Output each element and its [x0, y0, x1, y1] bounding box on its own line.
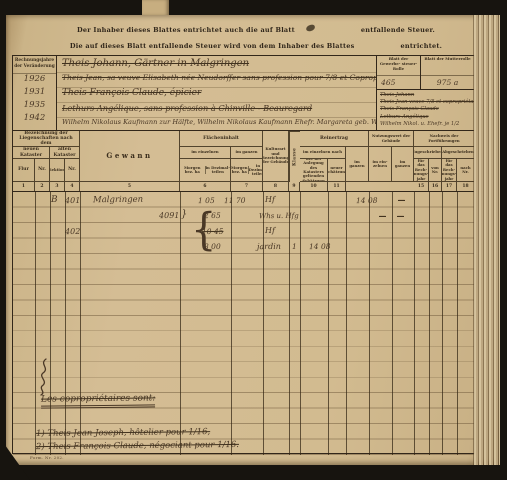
header-im-einzelnen: im einzelnen — [180, 147, 231, 159]
header-nr-alt: Nr. — [65, 159, 80, 182]
printed-line-1-pre: Der Inhaber dieses Blattes entrichtet au… — [77, 26, 295, 34]
entry-sektion: B — [51, 195, 58, 205]
header-reinertrag-ganzen: im ganzen — [346, 147, 369, 182]
printed-line-2-post: entrichtet. — [401, 42, 443, 50]
column-number: 3 — [50, 182, 65, 191]
entry-brace-close: } — [181, 209, 187, 220]
column-number: 4 — [65, 182, 80, 191]
entry-stack-value: 10 45 — [202, 227, 224, 236]
owner-names-area: Theis Johann, Gärtner in Malgringen Thei… — [57, 56, 377, 130]
column-number: 9 — [289, 182, 300, 191]
mutterrolle-label: Blatt der Mutterrolle — [421, 56, 474, 76]
gewerbesteuer-value: 465 — [377, 76, 420, 89]
column-rule-line — [263, 192, 264, 455]
header-morgen: Morgen bez. ha — [231, 166, 249, 174]
gewerbesteuer-box: Blatt der Gewerbe- steuer- Rolle 465 — [377, 56, 421, 89]
header-abgeschrieben: Abgeschrieben — [442, 147, 474, 159]
column-rule-line — [65, 192, 66, 455]
column-rule-line — [414, 192, 415, 455]
header-nach-nr: nach Nr. — [457, 159, 474, 182]
gewerbesteuer-label: Blatt der Gewerbe- steuer- Rolle — [377, 56, 420, 76]
blatt-reference-column: Blatt der Gewerbe- steuer- Rolle 465 Bla… — [377, 56, 474, 130]
owner-entry: Wilhelm Nikolaus Kaufmann zur Hälfte, Wi… — [57, 118, 376, 130]
header-rechnungsjahr-ab: für das Rech- nungs- jahr — [442, 159, 457, 182]
header-dezimal: in Dezimal- teilen — [206, 166, 231, 174]
entry-cancel-mark: — — [398, 196, 405, 204]
column-number: 17 — [442, 182, 457, 191]
column-header-row: Bezeichnung der Liegenschaften nach dem … — [13, 131, 474, 192]
header-neue-schaetzung: neuer Schätzung — [328, 159, 346, 182]
column-number: 15 — [414, 182, 429, 191]
column-rule-line — [50, 192, 51, 455]
header-sektion: Sektion — [50, 159, 65, 182]
ledger-body: B 401 Malgringen 1 05 11 70 Hf 14 08 — 4… — [13, 192, 474, 455]
column-rule-line — [392, 192, 393, 455]
column-number: 5 — [80, 182, 180, 191]
header-units-einzeln: Morgen bez. ha in Dezimal- teilen — [180, 159, 231, 182]
year-column: Rechnungsjahre der Veränderung 1926 1931… — [13, 56, 57, 130]
header-im-ganzen: im ganzen — [231, 147, 263, 159]
header-rechnungsjahr-zu: für das Rech- nungs- jahr — [414, 159, 429, 182]
column-number: 6 — [180, 182, 231, 191]
entry-area-ganzen: 11 70 — [224, 196, 246, 205]
column-rule-line — [289, 192, 290, 455]
column-rule-line — [457, 192, 458, 455]
column-number: 16 — [429, 182, 442, 191]
column-rule-line — [35, 192, 36, 455]
header-nutzungswert: Nutzungswert der Gebäude — [369, 131, 414, 147]
column-rule-line — [429, 192, 430, 455]
owner-entry: Theis François Claude, épicier — [57, 88, 376, 103]
entry-cancel-mark: — — [397, 212, 404, 220]
mutterrolle-box: Blatt der Mutterrolle 975 a — [421, 56, 474, 89]
printed-line-2: Die auf dieses Blatt entfallende Steuer … — [46, 42, 466, 50]
header-units-ganzen: Morgen bez. ha in Dezimal- teilen — [231, 159, 263, 182]
right-owner-entry: Theis Johann — [380, 92, 472, 98]
column-number: 8 — [263, 182, 289, 191]
column-number: 1 — [13, 182, 35, 191]
entry-kulturart: Hf — [265, 195, 275, 204]
copro-note-item: 1) Theis Jean Joseph, hôtelier pour 1/16… — [36, 427, 210, 439]
entry-gewann: Malgringen — [93, 195, 143, 206]
right-owner-entry: Wilhelm Nikol. u. Ehefr. je 1/2 — [380, 121, 472, 127]
column-number: 2 — [35, 182, 50, 191]
header-flur: Flur — [13, 159, 35, 182]
year-column-header: Rechnungsjahre der Veränderung — [13, 56, 56, 74]
printed-line-2-pre: Die auf dieses Blatt entfallende Steuer … — [70, 42, 355, 50]
stacked-page-edges — [473, 15, 500, 465]
header-reinertrag: Reinertrag — [300, 131, 369, 147]
entry-reinertrag-ganzen: 14 08 — [356, 196, 378, 205]
entry-stack-value: 8 00 — [204, 242, 221, 251]
owner-entry: Theis Johann, Gärtner in Malgringen — [57, 58, 376, 73]
printed-line-1-post: entfallende Steuer. — [361, 26, 435, 34]
blatt-boxes: Blatt der Gewerbe- steuer- Rolle 465 Bla… — [377, 56, 474, 90]
column-number: 11 — [328, 182, 346, 191]
entry-kulturart: Hf — [265, 226, 275, 235]
owner-entry: Theis Jean, sa veuve Elisabeth née Neudo… — [57, 73, 376, 88]
entry-sub-number: 4091 — [159, 211, 179, 220]
copro-note-item: 2) Theis François Claude, négociant pour… — [36, 440, 239, 452]
header-dezimal: in Dezimal- teilen — [249, 164, 263, 177]
header-von-nr: von Nr. — [429, 159, 442, 182]
header-nutzung-ganzen: im ganzen — [392, 147, 414, 182]
header-flaecheninhalt: Flächeninhalt — [180, 131, 263, 147]
form-number: Form. Nr. 202. — [30, 455, 64, 460]
column-number: 7 — [231, 182, 263, 191]
entry-stack-value: 2 65 — [204, 211, 221, 220]
header-nachweis: Nachweis der Fortführungen — [414, 131, 474, 147]
header-alter-kataster: alten Kataster — [50, 147, 80, 159]
entry-kulturart: jardin — [257, 242, 281, 251]
owner-section: Rechnungsjahre der Veränderung 1926 1931… — [13, 56, 474, 131]
owner-entry: Lethurs Angélique, sans profession à Chi… — [57, 103, 376, 118]
header-morgen: Morgen bez. ha — [180, 166, 206, 174]
ledger-page: Der Inhaber dieses Blattes entrichtet au… — [6, 15, 500, 465]
column-number: 18 — [457, 182, 474, 191]
mutterrolle-value: 975 a — [421, 76, 474, 89]
header-kulturart: Kulturart und Bezeichnung der Gebäude — [263, 131, 289, 182]
header-liegenschaften: Bezeichnung der Liegenschaften nach dem — [13, 131, 80, 147]
scanned-ledger-photo: Der Inhaber dieses Blattes entrichtet au… — [0, 0, 507, 480]
flourish-mark — [37, 358, 51, 396]
header-alte-schaetzung: der bei Anlegung des Katasters geltenden… — [300, 159, 328, 182]
column-number: 10 — [300, 182, 328, 191]
right-owner-list: Theis Johann Theis Jean veuve 7/8 et cop… — [377, 90, 474, 130]
mutterrolle-table: Rechnungsjahre der Veränderung 1926 1931… — [12, 55, 475, 454]
column-rule-line — [346, 192, 347, 455]
entry-cancel-mark: — — [379, 212, 386, 220]
change-year: 1942 — [13, 113, 56, 126]
printed-header: Der Inhaber dieses Blattes entrichtet au… — [46, 26, 466, 58]
header-zugeschrieben: Zugeschrieben — [414, 147, 442, 159]
header-einzel-nach: im einzelnen nach — [300, 147, 346, 159]
header-nr-neu: Nr. — [35, 159, 50, 182]
change-year: 1926 — [13, 74, 56, 87]
header-klasse: Klasse — [289, 131, 300, 182]
change-year: 1931 — [13, 87, 56, 100]
header-nutzung-einzeln: im ein- zelnen — [369, 147, 392, 182]
entry-klasse: 1 — [292, 242, 297, 251]
column-rule-line — [442, 192, 443, 455]
copro-note-title: Les copropriétaires sont: — [41, 393, 156, 408]
column-rule-line — [300, 192, 301, 455]
right-owner-entry: Lethurs Angélique — [380, 114, 472, 120]
column-rule-line — [80, 192, 81, 455]
column-rule-line — [231, 192, 232, 455]
entry-parcel-nr: 402 — [65, 227, 80, 236]
header-neuer-kataster: neuen Kataster — [13, 147, 50, 159]
column-rule-line — [369, 192, 370, 455]
column-rule-line — [328, 192, 329, 455]
column-rule-line — [180, 192, 181, 455]
entry-kulturart: Whs u. Hfg — [259, 212, 299, 220]
header-gewann: Gewann — [80, 131, 180, 182]
printed-line-1: Der Inhaber dieses Blattes entrichtet au… — [46, 26, 466, 34]
entry-parcel-nr: 401 — [65, 196, 80, 205]
right-owner-entry: Theis Jean veuve 7/8 et copropriétaires — [380, 99, 472, 105]
change-year: 1935 — [13, 100, 56, 113]
right-owner-entry: Theis François Claude — [380, 106, 472, 112]
